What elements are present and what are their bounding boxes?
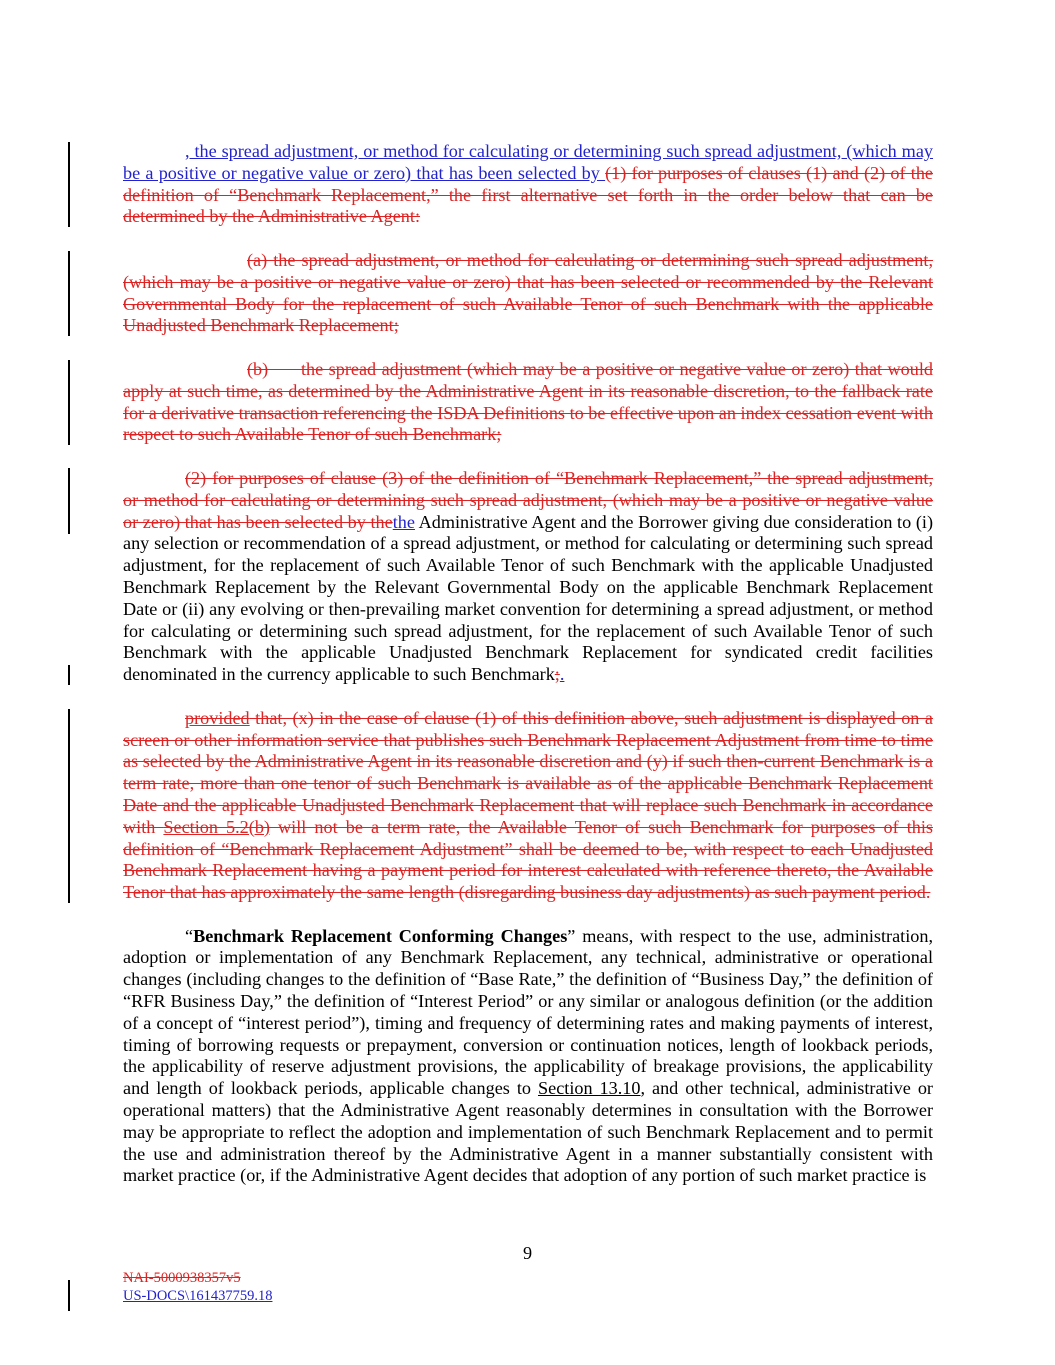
para-benchmark-replacement-conforming-changes: “Benchmark Replacement Conforming Change… — [123, 926, 933, 1188]
para-proviso-deleted: provided that, (x) in the case of clause… — [123, 708, 933, 904]
change-bar — [68, 468, 70, 534]
para-benchmark-replacement-adjustment-intro: , the spread adjustment, or method for c… — [123, 141, 933, 228]
deleted-underlined-text: Section 5.2(b) — [163, 817, 270, 837]
change-bar — [68, 142, 70, 227]
change-bar — [68, 709, 70, 903]
body-text: ” means, with respect to the use, admini… — [123, 926, 933, 1099]
document-page: , the spread adjustment, or method for c… — [0, 0, 1055, 1365]
deleted-text: (a) the spread adjustment, or method for… — [123, 250, 933, 335]
page-footer: NAI-5000938357v5 US-DOCS\161437759.18 — [123, 1270, 272, 1305]
underlined-section-reference: Section 13.10 — [538, 1078, 640, 1098]
footer-inserted-doc-id: US-DOCS\161437759.18 — [123, 1288, 272, 1306]
footer-deleted-doc-id: NAI-5000938357v5 — [123, 1270, 272, 1288]
page-number: 9 — [0, 1243, 1055, 1265]
document-body: , the spread adjustment, or method for c… — [123, 141, 933, 1209]
deleted-underlined-text: provided — [185, 708, 250, 728]
body-text: Administrative Agent and the Borrower gi… — [123, 512, 933, 685]
inserted-text: the — [393, 512, 415, 532]
change-bar — [68, 1280, 70, 1311]
para-clause-b-deleted: (b) the spread adjustment (which may be … — [123, 359, 933, 446]
change-bar — [68, 360, 70, 445]
change-bar — [68, 251, 70, 336]
body-text: “ — [185, 926, 193, 946]
inserted-text: . — [560, 664, 565, 684]
bold-defined-term: Benchmark Replacement Conforming Changes — [193, 926, 567, 946]
change-bar — [68, 665, 70, 685]
deleted-text: (b) the spread adjustment (which may be … — [123, 359, 933, 444]
para-clause-2-spread-adjustment: (2) for purposes of clause (3) of the de… — [123, 468, 933, 686]
para-clause-a-deleted: (a) the spread adjustment, or method for… — [123, 250, 933, 337]
